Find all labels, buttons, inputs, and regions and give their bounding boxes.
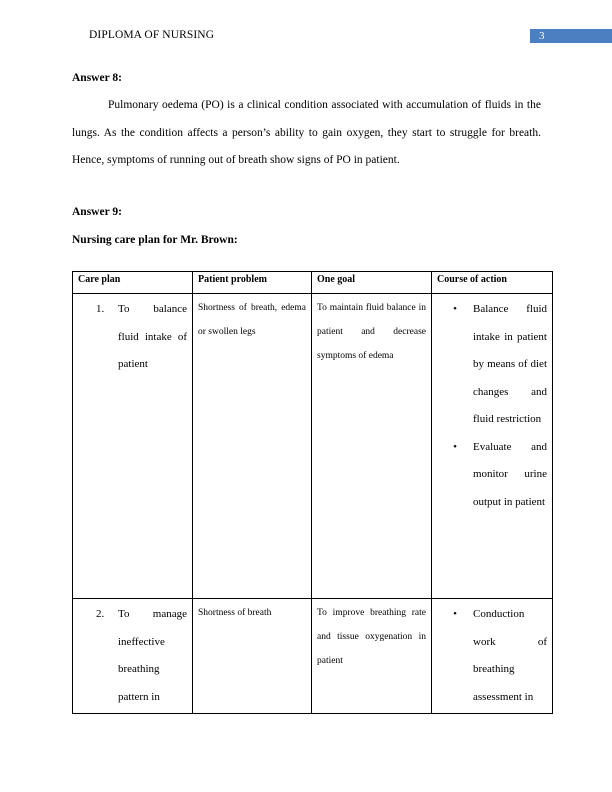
- table-header-row: Care plan Patient problem One goal Cours…: [73, 272, 553, 294]
- list-number: 2.: [78, 601, 118, 711]
- action-item: •Conduction work of breathing assessment…: [437, 601, 547, 711]
- answer-8-text: Pulmonary oedema (PO) is a clinical cond…: [72, 99, 541, 166]
- care-plan-text: To manage ineffective breathing pattern …: [118, 601, 187, 711]
- care-plan-cell: 2. To manage ineffective breathing patte…: [73, 599, 192, 713]
- action-item: •Evaluate and monitor urine output in pa…: [437, 434, 547, 517]
- patient-problem-cell: Shortness of breath, edema or swollen le…: [193, 294, 311, 346]
- course-of-action-list: •Balance fluid intake in patient by mean…: [432, 294, 552, 518]
- care-plan-cell: 1. To balance fluid intake of patient: [73, 294, 192, 381]
- goal-cell: To maintain fluid balance in patient and…: [312, 294, 431, 370]
- table-row: 2. To manage ineffective breathing patte…: [73, 599, 553, 714]
- bullet-icon: •: [437, 296, 473, 434]
- nursing-care-plan-table: Care plan Patient problem One goal Cours…: [72, 271, 553, 714]
- running-header: DIPLOMA OF NURSING: [89, 29, 214, 41]
- action-item: •Balance fluid intake in patient by mean…: [437, 296, 547, 434]
- bullet-icon: •: [437, 434, 473, 517]
- answer-8-paragraph: Pulmonary oedema (PO) is a clinical cond…: [72, 92, 541, 175]
- header-one-goal: One goal: [312, 272, 432, 294]
- header-patient-problem: Patient problem: [193, 272, 312, 294]
- table-row: 1. To balance fluid intake of patient Sh…: [73, 294, 553, 599]
- answer-8-heading: Answer 8:: [72, 72, 122, 84]
- course-of-action-list: •Conduction work of breathing assessment…: [432, 599, 552, 713]
- list-number: 1.: [78, 296, 118, 379]
- header-care-plan: Care plan: [73, 272, 193, 294]
- page-number-badge: 3: [530, 29, 612, 43]
- bullet-icon: •: [437, 601, 473, 711]
- header-course-of-action: Course of action: [432, 272, 553, 294]
- answer-9-heading: Answer 9:: [72, 206, 122, 218]
- care-plan-text: To balance fluid intake of patient: [118, 296, 187, 379]
- patient-problem-cell: Shortness of breath: [193, 599, 311, 627]
- care-plan-subheading: Nursing care plan for Mr. Brown:: [72, 234, 238, 246]
- goal-cell: To improve breathing rate and tissue oxy…: [312, 599, 431, 675]
